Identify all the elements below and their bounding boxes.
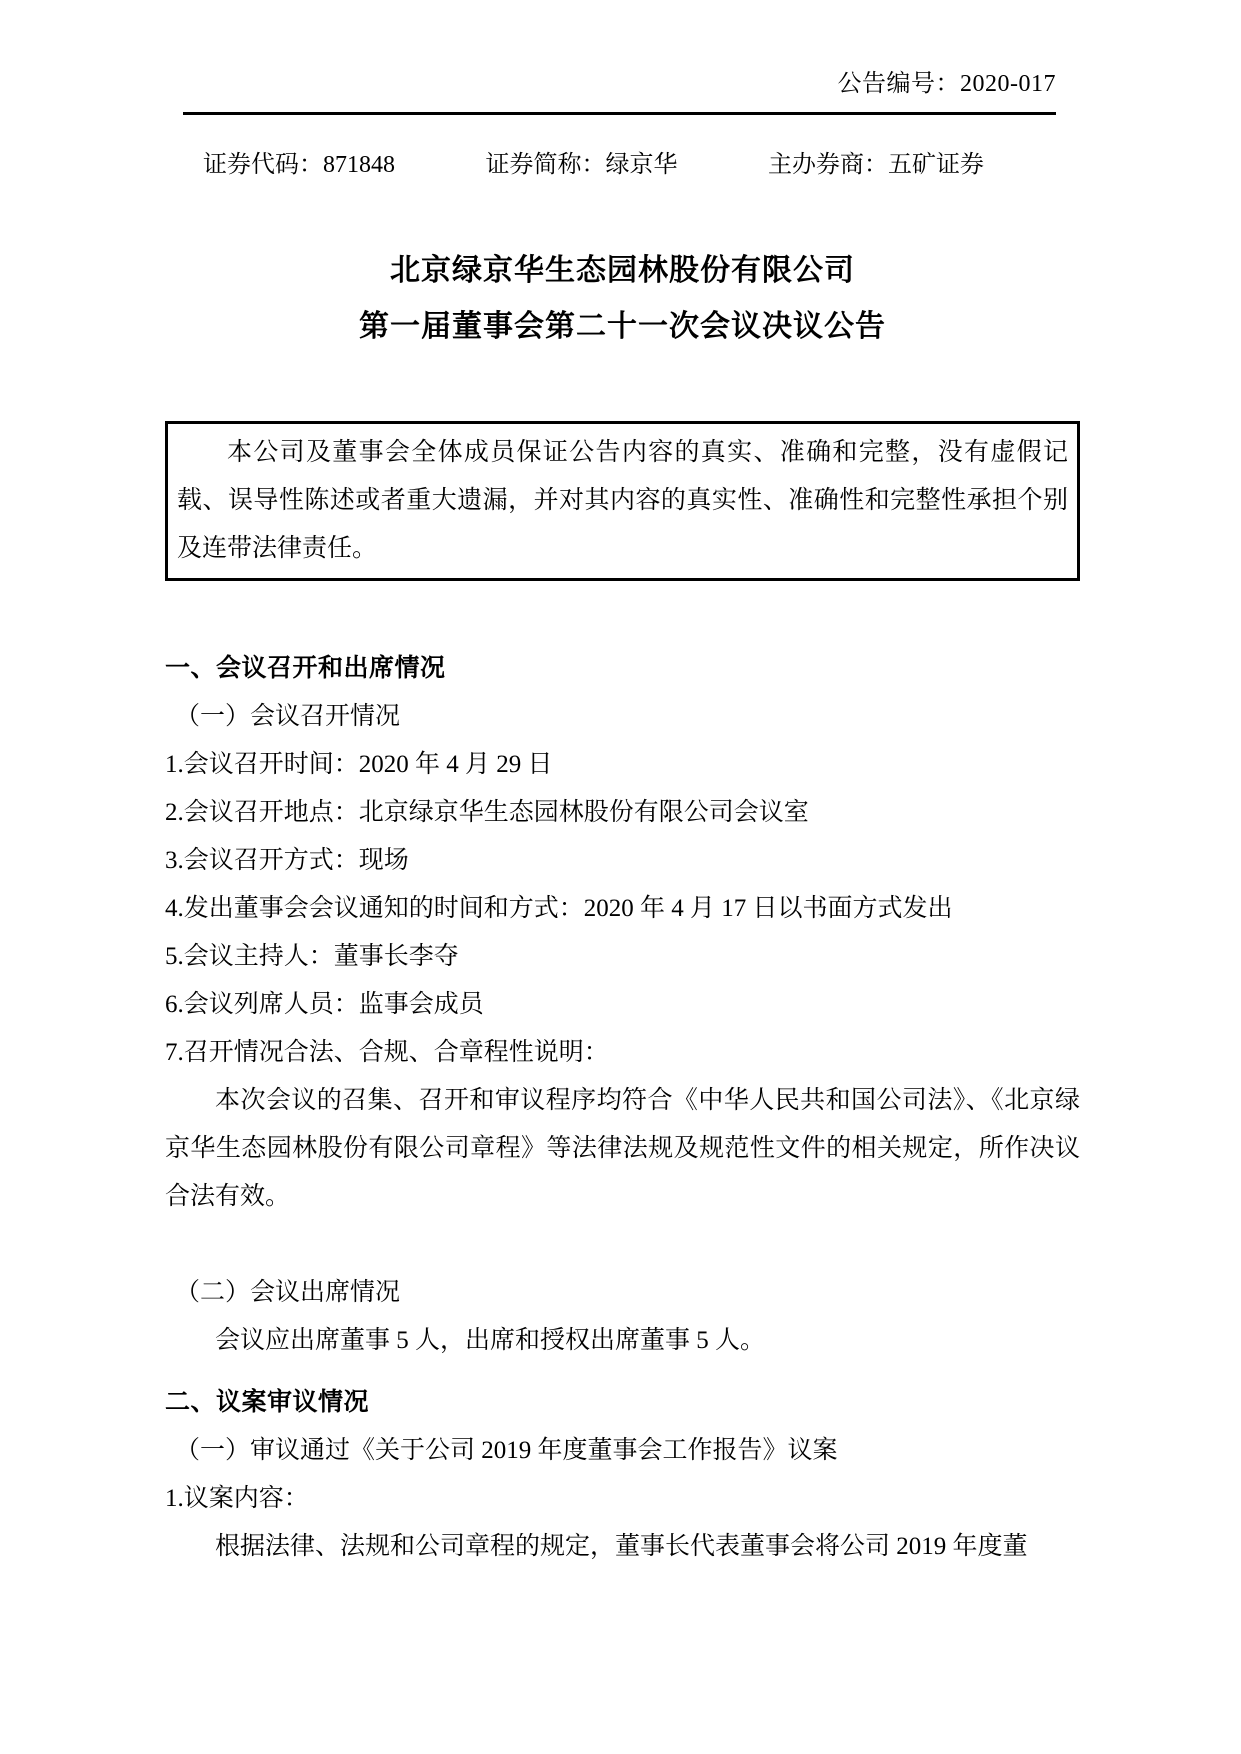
attendance-paragraph: 会议应出席董事 5 人，出席和授权出席董事 5 人。 [165, 1317, 1080, 1365]
section1-heading: 一、会议召开和出席情况 [165, 645, 1080, 693]
meeting-time-item: 1.会议召开时间：2020 年 4 月 29 日 [165, 741, 1080, 789]
stock-code: 证券代码：871848 [203, 149, 395, 181]
sponsor-broker: 主办券商：五矿证券 [768, 149, 984, 181]
resolution-announcement-title: 第一届董事会第二十一次会议决议公告 [165, 307, 1080, 347]
section1-sub2-heading: （二）会议出席情况 [165, 1269, 1080, 1317]
meeting-notice-item: 4.发出董事会会议通知的时间和方式：2020 年 4 月 17 日以书面方式发出 [165, 885, 1080, 933]
page-content: 公告编号：2020-017 证券代码：871848 证券简称：绿京华 主办券商：… [165, 0, 1080, 1571]
proposal-content-label: 1.议案内容： [165, 1475, 1080, 1523]
meeting-place-item: 2.会议召开地点：北京绿京华生态园林股份有限公司会议室 [165, 789, 1080, 837]
disclaimer-text: 本公司及董事会全体成员保证公告内容的真实、准确和完整，没有虚假记载、误导性陈述或… [177, 429, 1068, 573]
securities-info-row: 证券代码：871848 证券简称：绿京华 主办券商：五矿证券 [165, 149, 1080, 181]
meeting-legality-item: 7.召开情况合法、合规、合章程性说明： [165, 1029, 1080, 1077]
meeting-host-item: 5.会议主持人：董事长李夺 [165, 933, 1080, 981]
header-rule [183, 112, 1056, 115]
proposal-content-paragraph: 根据法律、法规和公司章程的规定，董事长代表董事会将公司 2019 年度董 [165, 1523, 1080, 1571]
company-name-title: 北京绿京华生态园林股份有限公司 [165, 251, 1080, 291]
document-page: 公告编号：2020-017 证券代码：871848 证券简称：绿京华 主办券商：… [0, 0, 1241, 1754]
section2-heading: 二、议案审议情况 [165, 1379, 1080, 1427]
stock-short-name: 证券简称：绿京华 [486, 149, 678, 181]
meeting-method-item: 3.会议召开方式：现场 [165, 837, 1080, 885]
meeting-attendees-item: 6.会议列席人员：监事会成员 [165, 981, 1080, 1029]
legality-paragraph: 本次会议的召集、召开和审议程序均符合《中华人民共和国公司法》、《北京绿京华生态园… [165, 1077, 1080, 1221]
section1-sub1-heading: （一）会议召开情况 [165, 693, 1080, 741]
section2-sub1-heading: （一）审议通过《关于公司 2019 年度董事会工作报告》议案 [165, 1427, 1080, 1475]
disclaimer-box: 本公司及董事会全体成员保证公告内容的真实、准确和完整，没有虚假记载、误导性陈述或… [165, 421, 1080, 581]
announcement-number: 公告编号：2020-017 [165, 66, 1080, 102]
